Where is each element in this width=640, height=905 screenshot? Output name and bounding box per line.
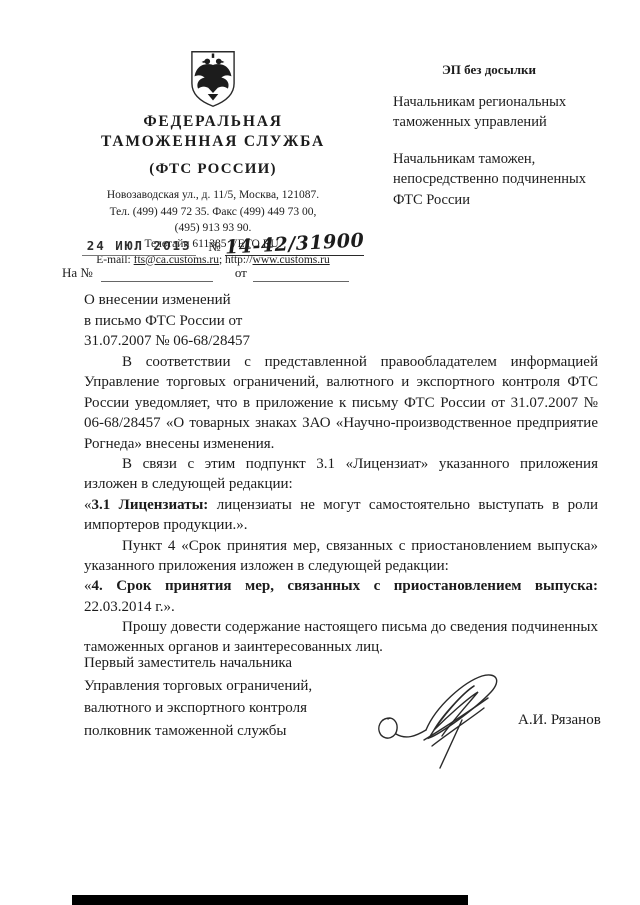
quote-open: «: [84, 578, 92, 594]
clause-4-bold: 4. Срок принятия мер, связанных с приост…: [92, 578, 599, 594]
reply-date-blank: [253, 267, 349, 282]
org-short-name: (ФТС РОССИИ): [62, 161, 364, 178]
reference-block: 24 ИЮЛ 2013 № 14-42/31900 На № от: [62, 233, 364, 282]
clause-4-text: 22.03.2014 г.».: [84, 599, 175, 615]
signer-name: А.И. Рязанов: [518, 712, 601, 729]
date-number-row: 24 ИЮЛ 2013 № 14-42/31900: [62, 233, 364, 256]
body-paragraph-1: В соответствии с представленной правообл…: [84, 352, 598, 454]
outgoing-number-handwritten: 14-42/31900: [224, 229, 364, 258]
body-paragraph-3: «3.1 Лицензиаты: лицензиаты не могут сам…: [84, 495, 598, 536]
body-paragraph-5: «4. Срок принятия мер, связанных с приос…: [84, 576, 598, 617]
body-paragraph-4: Пункт 4 «Срок принятия мер, связанных с …: [84, 536, 598, 577]
reply-to-label: На №: [62, 265, 93, 281]
signer-position: Первый заместитель начальника Управления…: [84, 652, 312, 742]
from-date-label: от: [235, 265, 247, 281]
coat-of-arms-icon: [187, 50, 239, 108]
delivery-method-note: ЭП без досылки: [398, 62, 580, 78]
clause-3-1-bold: 3.1 Лицензиаты:: [92, 497, 209, 513]
letter-subject: О внесении изменений в письмо ФТС России…: [84, 290, 250, 352]
date-stamp: 24 ИЮЛ 2013: [87, 238, 192, 253]
scanned-letter-page: ФЕДЕРАЛЬНАЯ ТАМОЖЕННАЯ СЛУЖБА (ФТС РОССИ…: [0, 0, 640, 905]
reply-number-blank: [101, 267, 213, 282]
scan-artifact-bar: [72, 895, 468, 905]
reply-reference-row: На № от: [62, 265, 364, 282]
letter-body: В соответствии с представленной правообл…: [84, 352, 598, 658]
body-paragraph-2: В связи с этим подпункт 3.1 «Лицензиат» …: [84, 454, 598, 495]
outgoing-number-field: 14-42/31900: [225, 233, 364, 256]
date-stamp-field: 24 ИЮЛ 2013: [82, 238, 196, 256]
quote-open: «: [84, 497, 92, 513]
org-name-line2: ТАМОЖЕННАЯ СЛУЖБА: [62, 132, 364, 152]
handwritten-signature-icon: [374, 658, 522, 770]
number-sign: №: [208, 239, 220, 255]
org-name-line1: ФЕДЕРАЛЬНАЯ: [62, 112, 364, 132]
addressee-regional-directorates: Начальникам региональных таможенных упра…: [393, 92, 566, 133]
addressee-customs-offices: Начальникам таможен, непосредственно под…: [393, 149, 586, 210]
